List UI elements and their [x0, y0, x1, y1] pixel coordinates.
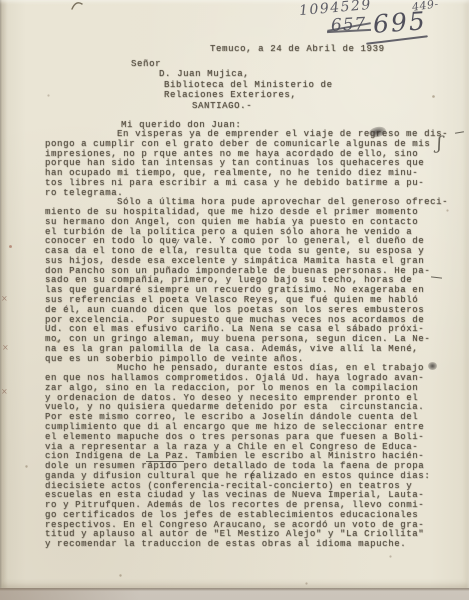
- margin-mark: ×: [2, 343, 9, 352]
- paragraph: En vísperas ya de emprender el viaje de …: [45, 130, 455, 198]
- pen-mark-icon: [70, 0, 84, 11]
- recipient-line: Relaciones Exteriores,: [164, 90, 469, 100]
- paragraph: Sólo a última hora pude aprovechar del g…: [45, 198, 455, 364]
- recipient-line: D. Juan Mujica,: [159, 69, 469, 79]
- pen-slash: /: [175, 237, 179, 250]
- paragraph: Mucho he pensado, durante estos días, en…: [45, 364, 455, 550]
- recipient-line: Señor: [131, 59, 469, 69]
- date-line: Temuco, a 24 de Abril de 1939: [210, 44, 385, 54]
- recipient-line: SANTIAGO.-: [192, 101, 469, 111]
- recipient-block: Señor D. Juan Mujica, Biblioteca del Min…: [0, 59, 469, 111]
- recipient-line: Biblioteca del Ministerio de: [164, 80, 469, 90]
- margin-mark: ×: [1, 294, 8, 303]
- pen-dash: [455, 131, 464, 134]
- paper: 1094529 449- 657 695 Temuco, a 24 de Abr…: [0, 0, 469, 588]
- pen-paren: (: [250, 468, 255, 482]
- scan-edge-bottom: [0, 588, 469, 600]
- handwritten-final-number: 695: [372, 6, 428, 39]
- ink-blot: [428, 362, 437, 370]
- dust-specks: [0, 0, 1, 1]
- pen-squiggle: ʃ: [437, 133, 442, 154]
- margin-mark: ×: [1, 387, 8, 396]
- letter-line: y recomendar la traduccion de estas obra…: [45, 540, 455, 550]
- pen-underline: [146, 461, 184, 462]
- letter-body: En vísperas ya de emprender el viaje de …: [45, 130, 455, 550]
- scanned-letter-page: 1094529 449- 657 695 Temuco, a 24 de Abr…: [0, 0, 469, 600]
